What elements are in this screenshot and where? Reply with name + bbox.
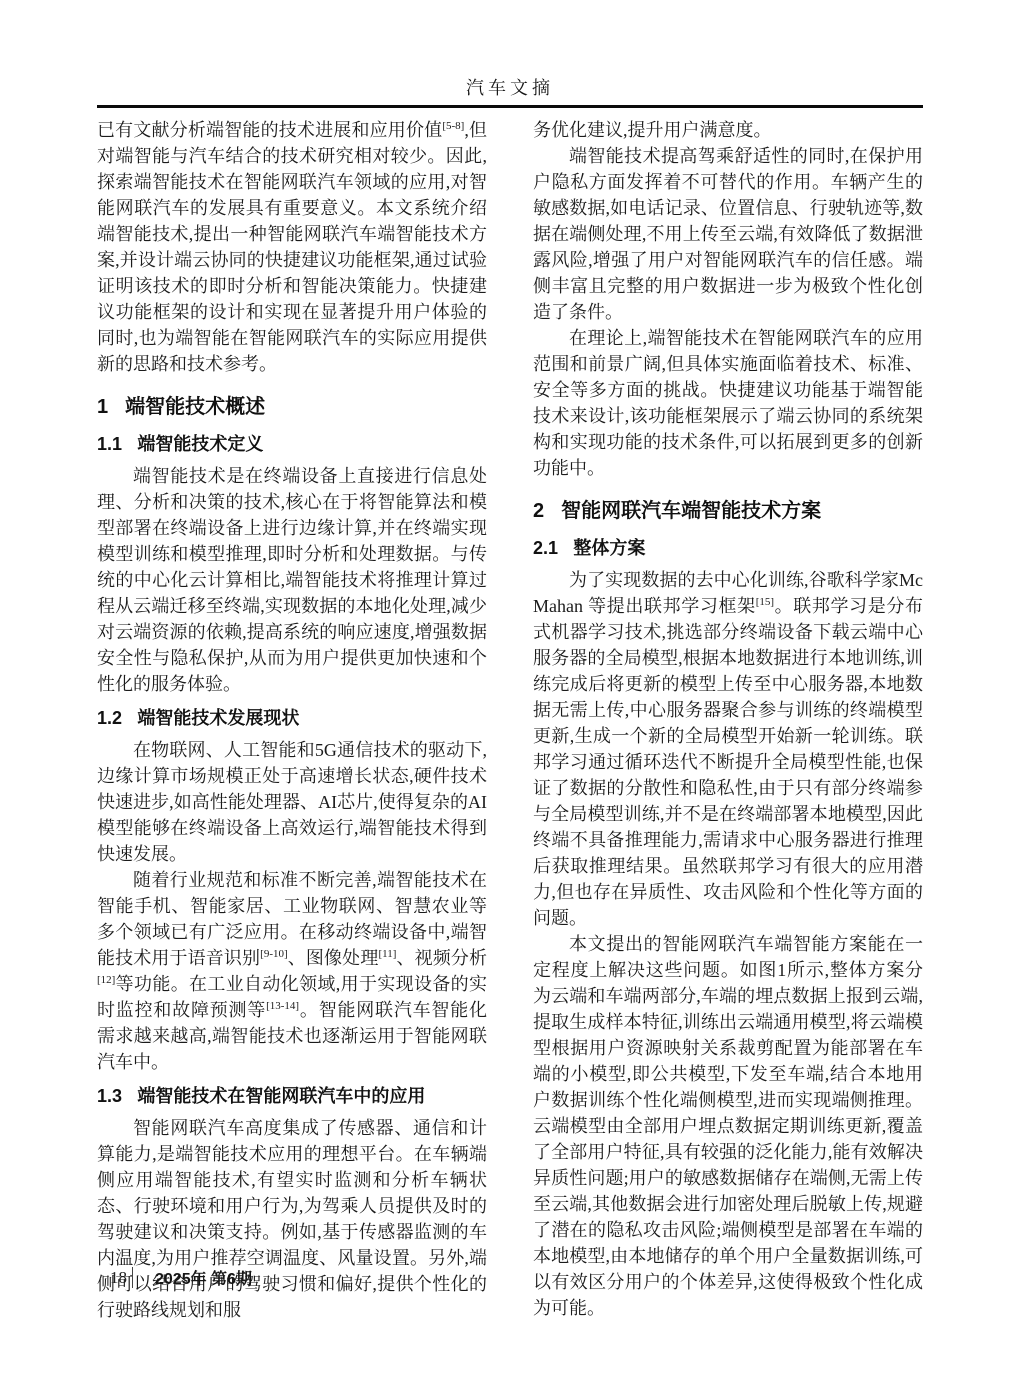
column-left: 已有文献分析端智能的技术进展和应用价值[5-8],但对端智能与汽车结合的技术研究… <box>97 117 487 1323</box>
page-footer: 18 2025年 第6期 <box>110 1266 252 1289</box>
paragraph: 随着行业规范和标准不断完善,端智能技术在智能手机、智能家居、工业物联网、智慧农业… <box>97 867 487 1075</box>
footer-divider <box>132 1267 133 1288</box>
paragraph: 在物联网、人工智能和5G通信技术的驱动下,边缘计算市场规模正处于高速增长状态,硬… <box>97 737 487 867</box>
heading-number: 1.1 <box>97 434 122 454</box>
heading-number: 1 <box>97 396 108 418</box>
column-right: 务优化建议,提升用户满意度。端智能技术提高驾乘舒适性的同时,在保护用户隐私方面发… <box>533 117 923 1323</box>
subsection-heading: 1.1端智能技术定义 <box>97 431 487 457</box>
paragraph: 智能网联汽车高度集成了传感器、通信和计算能力,是端智能技术应用的理想平台。在车辆… <box>97 1115 487 1323</box>
subsection-heading: 1.3端智能技术在智能网联汽车中的应用 <box>97 1083 487 1109</box>
citation-ref: [9-10] <box>260 948 288 960</box>
paragraph: 已有文献分析端智能的技术进展和应用价值[5-8],但对端智能与汽车结合的技术研究… <box>97 117 487 377</box>
heading-title: 端智能技术概述 <box>125 396 265 418</box>
heading-number: 2.1 <box>533 538 558 558</box>
citation-ref: [12] <box>97 974 115 986</box>
paragraph: 务优化建议,提升用户满意度。 <box>533 117 923 143</box>
heading-number: 1.3 <box>97 1086 122 1106</box>
article-body: 已有文献分析端智能的技术进展和应用价值[5-8],但对端智能与汽车结合的技术研究… <box>97 117 923 1323</box>
citation-ref: [15] <box>756 596 774 608</box>
heading-number: 2 <box>533 500 544 522</box>
paragraph: 本文提出的智能网联汽车端智能方案能在一定程度上解决这些问题。如图1所示,整体方案… <box>533 931 923 1321</box>
citation-ref: [11] <box>378 948 396 960</box>
paragraph: 在理论上,端智能技术在智能网联汽车的应用范围和前景广阔,但具体实施面临着技术、标… <box>533 325 923 481</box>
heading-number: 1.2 <box>97 708 122 728</box>
journal-title: 汽车文摘 <box>97 76 923 100</box>
paragraph: 端智能技术提高驾乘舒适性的同时,在保护用户隐私方面发挥着不可替代的作用。车辆产生… <box>533 143 923 325</box>
heading-title: 端智能技术定义 <box>137 434 263 454</box>
heading-title: 端智能技术在智能网联汽车中的应用 <box>137 1086 425 1106</box>
page-header: 汽车文摘 <box>97 76 923 108</box>
paragraph: 为了实现数据的去中心化训练,谷歌科学家McMahan 等提出联邦学习框架[15]… <box>533 567 923 931</box>
section-heading: 2智能网联汽车端智能技术方案 <box>533 497 923 525</box>
citation-ref: [13-14] <box>266 1000 299 1012</box>
heading-title: 整体方案 <box>573 538 645 558</box>
subsection-heading: 2.1整体方案 <box>533 535 923 561</box>
journal-page: 汽车文摘 已有文献分析端智能的技术进展和应用价值[5-8],但对端智能与汽车结合… <box>0 0 1020 1380</box>
section-heading: 1端智能技术概述 <box>97 393 487 421</box>
paragraph: 端智能技术是在终端设备上直接进行信息处理、分析和决策的技术,核心在于将智能算法和… <box>97 463 487 697</box>
header-rule <box>97 105 923 108</box>
heading-title: 智能网联汽车端智能技术方案 <box>561 500 821 522</box>
heading-title: 端智能技术发展现状 <box>137 708 299 728</box>
subsection-heading: 1.2端智能技术发展现状 <box>97 705 487 731</box>
page-number: 18 <box>110 1268 127 1288</box>
issue-label: 2025年 第6期 <box>155 1266 252 1289</box>
citation-ref: [5-8] <box>442 120 464 132</box>
